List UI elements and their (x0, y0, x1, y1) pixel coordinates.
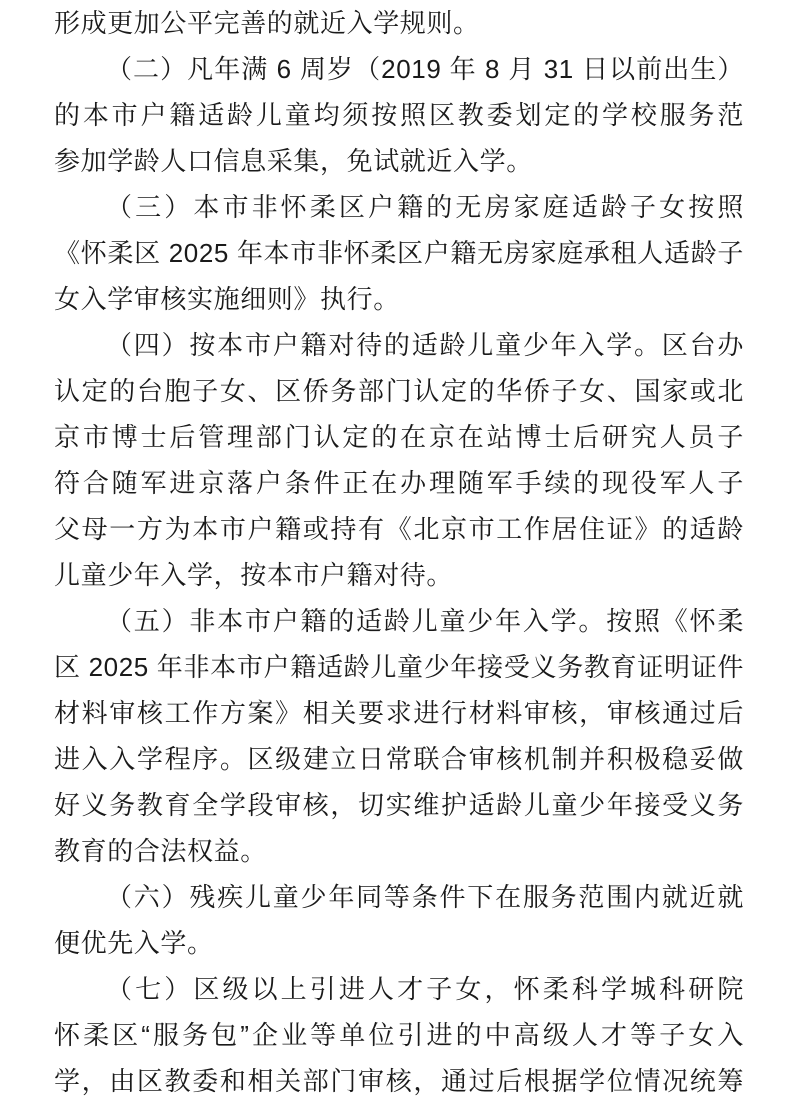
text-line: 京市博士后管理部门认定的在京在站博士后研究人员子女、 (54, 414, 744, 460)
text-line: （四）按本市户籍对待的适龄儿童少年入学。区台办 (54, 322, 744, 368)
text-line: 便优先入学。 (54, 920, 744, 966)
text-line: 好义务教育全学段审核，切实维护适龄儿童少年接受义务 (54, 782, 744, 828)
document-page: 形成更加公平完善的就近入学规则。（二）凡年满 6 周岁（2019 年 8 月 3… (0, 0, 800, 1104)
text-line: 形成更加公平完善的就近入学规则。 (54, 0, 744, 46)
text-line: （七）区级以上引进人才子女，怀柔科学城科研院所、 (54, 966, 744, 1012)
text-line: 父母一方为本市户籍或持有《北京市工作居住证》的适龄 (54, 506, 744, 552)
text-line: 进入入学程序。区级建立日常联合审核机制并积极稳妥做 (54, 736, 744, 782)
text-line: 学，由区教委和相关部门审核，通过后根据学位情况统筹 (54, 1058, 744, 1104)
text-line: 的本市户籍适龄儿童均须按照区教委划定的学校服务范围， (54, 92, 744, 138)
text-line: 符合随军进京落户条件正在办理随军手续的现役军人子女、 (54, 460, 744, 506)
text-line: 女入学审核实施细则》执行。 (54, 276, 744, 322)
text-line: 材料审核工作方案》相关要求进行材料审核，审核通过后 (54, 690, 744, 736)
text-line: （二）凡年满 6 周岁（2019 年 8 月 31 日以前出生） (54, 46, 744, 92)
text-line: （五）非本市户籍的适龄儿童少年入学。按照《怀柔 (54, 598, 744, 644)
text-line: 参加学龄人口信息采集，免试就近入学。 (54, 138, 744, 184)
document-body: 形成更加公平完善的就近入学规则。（二）凡年满 6 周岁（2019 年 8 月 3… (0, 0, 800, 1104)
text-line: 怀柔区“服务包”企业等单位引进的中高级人才等子女入 (54, 1012, 744, 1058)
text-line: 教育的合法权益。 (54, 828, 744, 874)
text-line: 区 2025 年非本市户籍适龄儿童少年接受义务教育证明证件 (54, 644, 744, 690)
text-line: （六）残疾儿童少年同等条件下在服务范围内就近就 (54, 874, 744, 920)
text-line: 《怀柔区 2025 年本市非怀柔区户籍无房家庭承租人适龄子 (54, 230, 744, 276)
text-line: 认定的台胞子女、区侨务部门认定的华侨子女、国家或北 (54, 368, 744, 414)
text-line: 儿童少年入学，按本市户籍对待。 (54, 552, 744, 598)
text-line: （三）本市非怀柔区户籍的无房家庭适龄子女按照 (54, 184, 744, 230)
